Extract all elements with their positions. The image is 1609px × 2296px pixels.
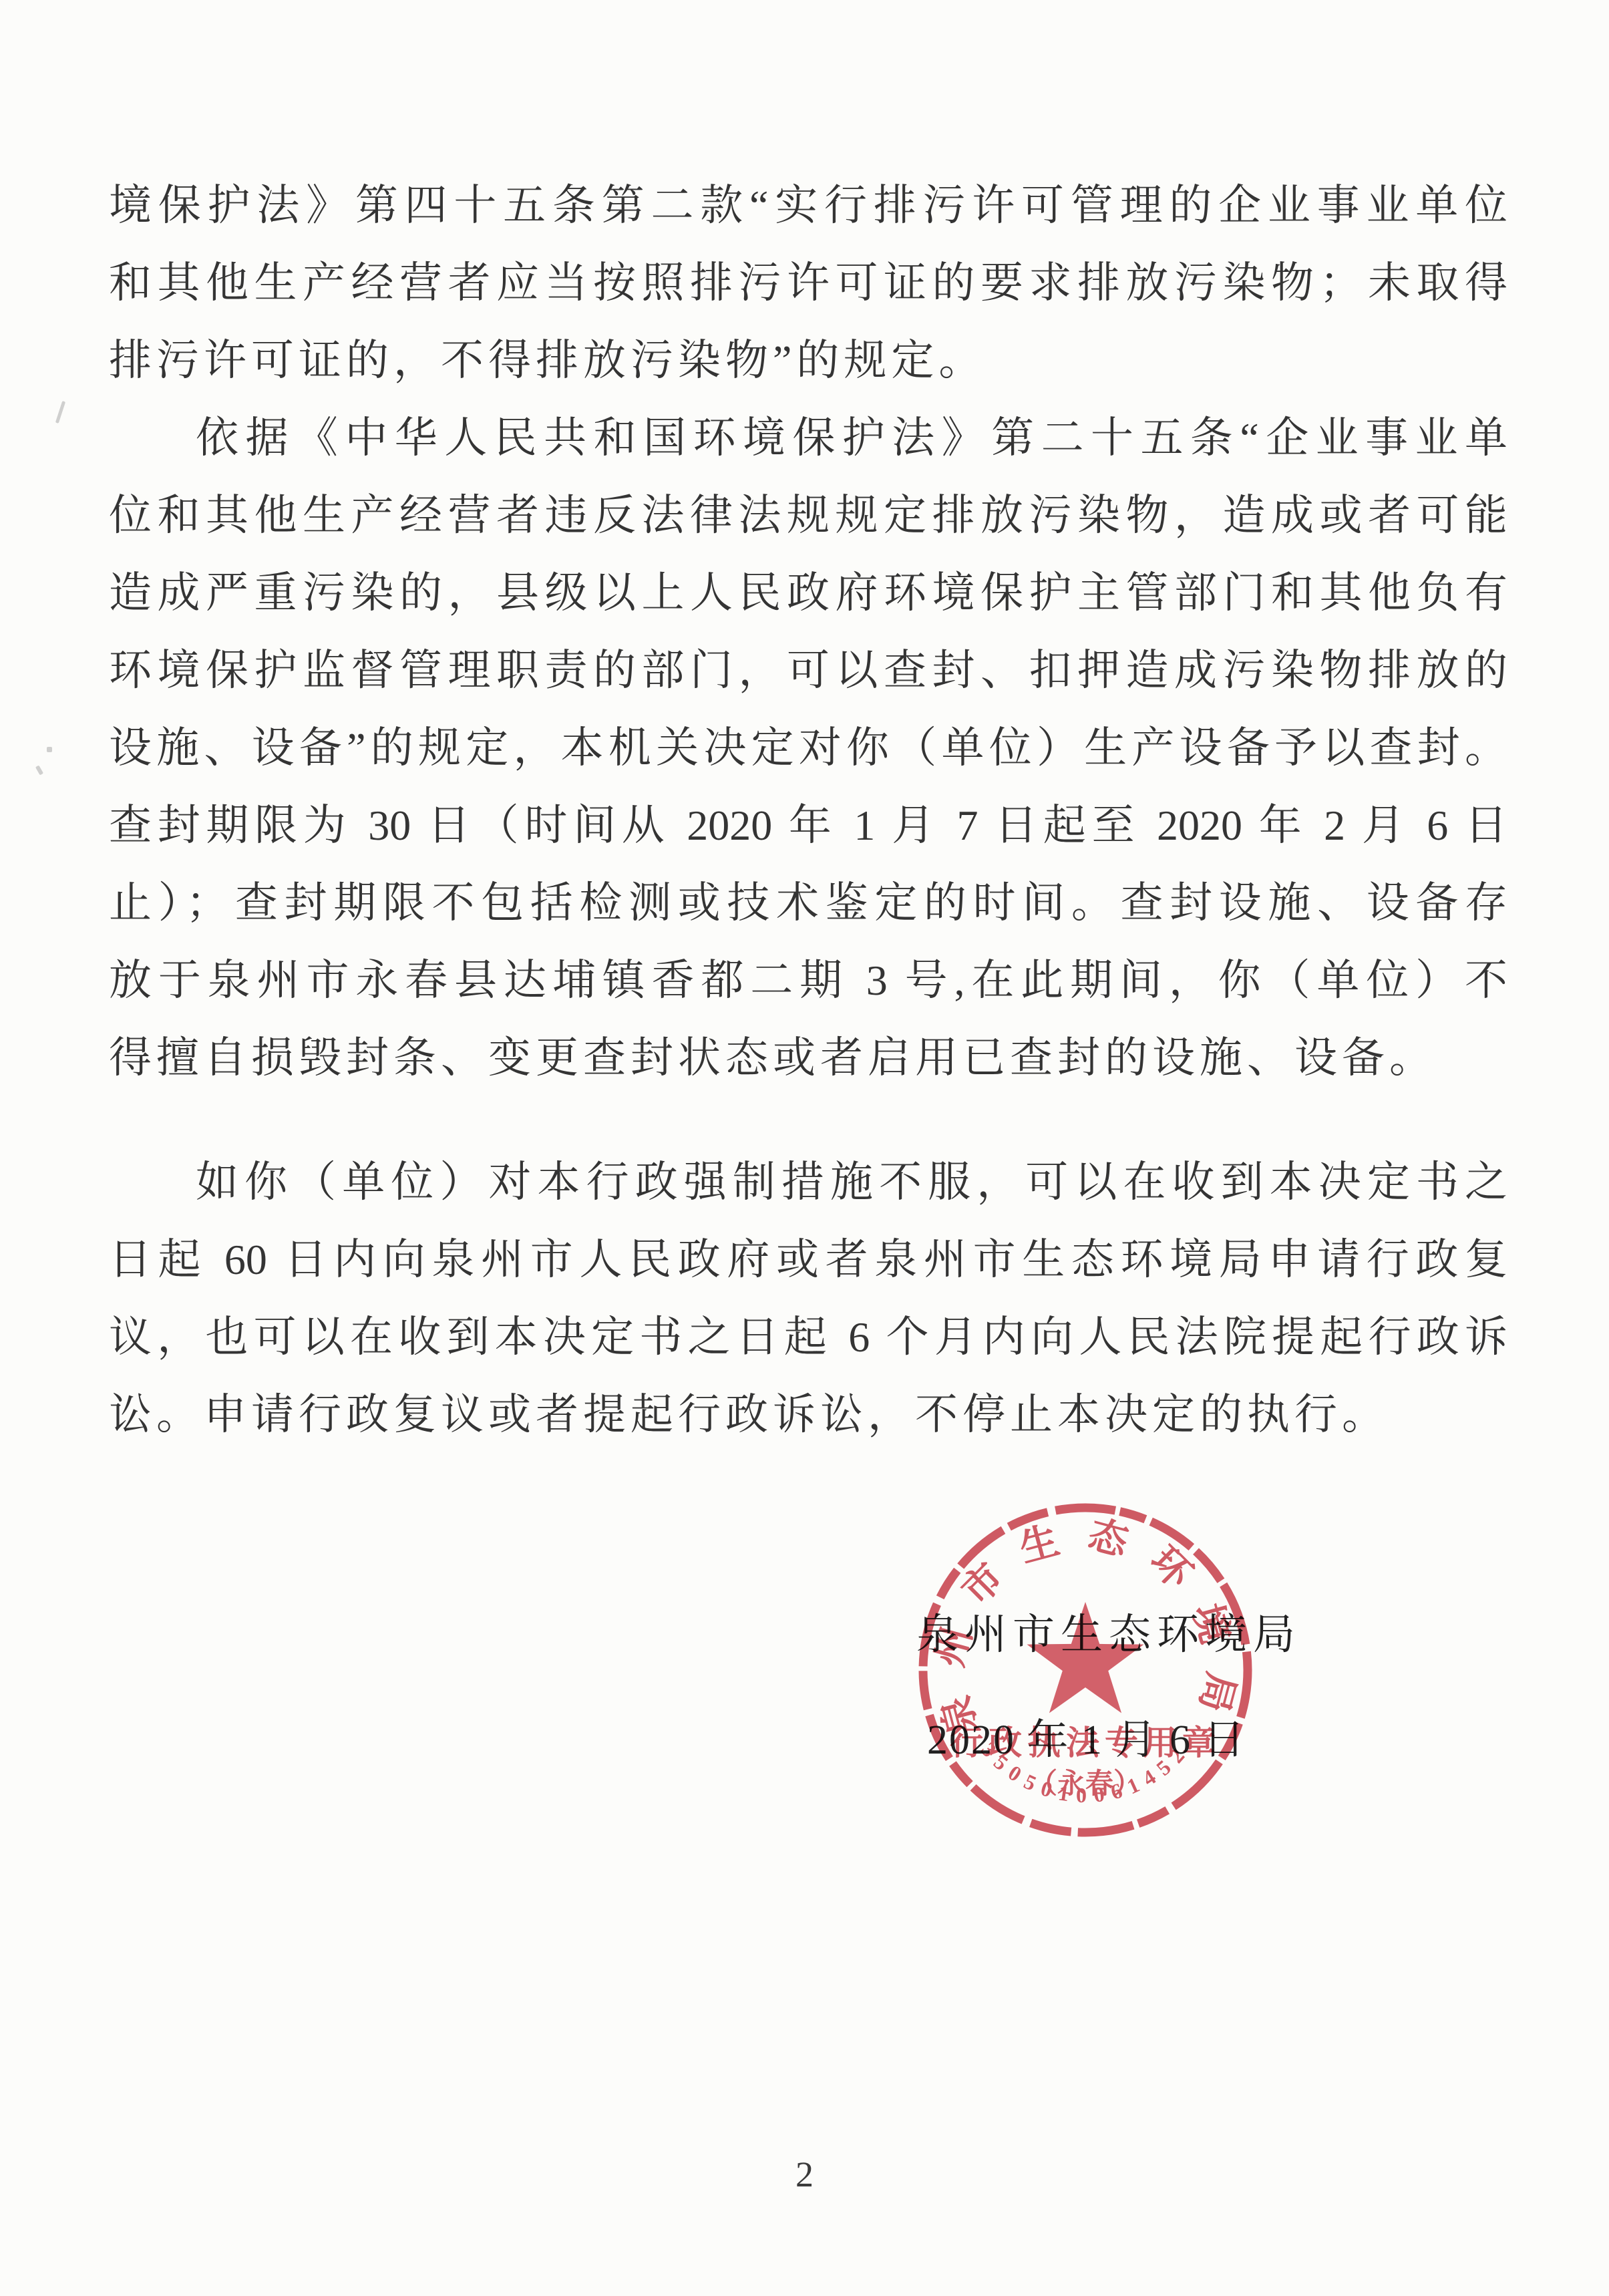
text-line: 查封期限为 30 日（时间从 2020 年 1 月 7 日起至 2020 年 2… [109,787,1507,864]
paragraph-3: 如你（单位）对本行政强制措施不服，可以在收到本决定书之 日起 60 日内向泉州市… [109,1144,1507,1454]
text-line: 讼。申请行政复议或者提起行政诉讼，不停止本决定的执行。 [109,1376,1507,1454]
text-line: 依据《中华人民共和国环境保护法》第二十五条“企业事业单 [109,399,1507,477]
document-page: 境保护法》第四十五条第二款“实行排污许可管理的企业事业单位 和其他生产经营者应当… [0,0,1609,2296]
scan-artifact [35,765,43,775]
text-line: 止）；查封期限不包括检测或技术鉴定的时间。查封设施、设备存 [109,864,1507,942]
text-line: 日起 60 日内向泉州市人民政府或者泉州市生态环境局申请行政复 [109,1221,1507,1299]
text-line: 设施、设备”的规定，本机关决定对你（单位）生产设备予以查封。 [109,709,1507,787]
seal-region-text: （永春） [1029,1768,1141,1800]
text-line: 境保护法》第四十五条第二款“实行排污许可管理的企业事业单位 [109,167,1507,244]
paragraph-1: 境保护法》第四十五条第二款“实行排污许可管理的企业事业单位 和其他生产经营者应当… [109,167,1507,399]
body-text: 境保护法》第四十五条第二款“实行排污许可管理的企业事业单位 和其他生产经营者应当… [109,167,1507,1454]
text-line: 和其他生产经营者应当按照排污许可证的要求排放污染物；未取得 [109,244,1507,322]
text-line: 如你（单位）对本行政强制措施不服，可以在收到本决定书之 [109,1144,1507,1221]
text-line: 环境保护监督管理职责的部门，可以查封、扣押造成污染物排放的 [109,632,1507,709]
page-number: 2 [0,2154,1609,2195]
scan-artifact [47,747,52,752]
text-line: 议，也可以在收到本决定书之日起 6 个月内向人民法院提起行政诉 [109,1299,1507,1376]
text-line: 放于泉州市永春县达埔镇香都二期 3 号,在此期间，你（单位）不 [109,942,1507,1019]
issue-date: 2020 年 1 月 6 日 [927,1706,1246,1766]
paragraph-2: 依据《中华人民共和国环境保护法》第二十五条“企业事业单 位和其他生产经营者违反法… [109,399,1507,1097]
text-line: 造成严重污染的，县级以上人民政府环境保护主管部门和其他负有 [109,554,1507,632]
seal-ring [923,1508,1248,1832]
text-line: 排污许可证的，不得排放污染物”的规定。 [109,322,1507,399]
agency-signature: 泉州市生态环境局 [916,1601,1301,1661]
scan-artifact [55,401,65,424]
text-line: 位和其他生产经营者违反法律法规规定排放污染物，造成或者可能 [109,477,1507,554]
official-seal-stamp: 泉州市生态环境局 行政执法专用章 （永春） 3505010061452 [910,1495,1260,1845]
text-line: 得擅自损毁封条、变更查封状态或者启用已查封的设施、设备。 [109,1019,1507,1097]
